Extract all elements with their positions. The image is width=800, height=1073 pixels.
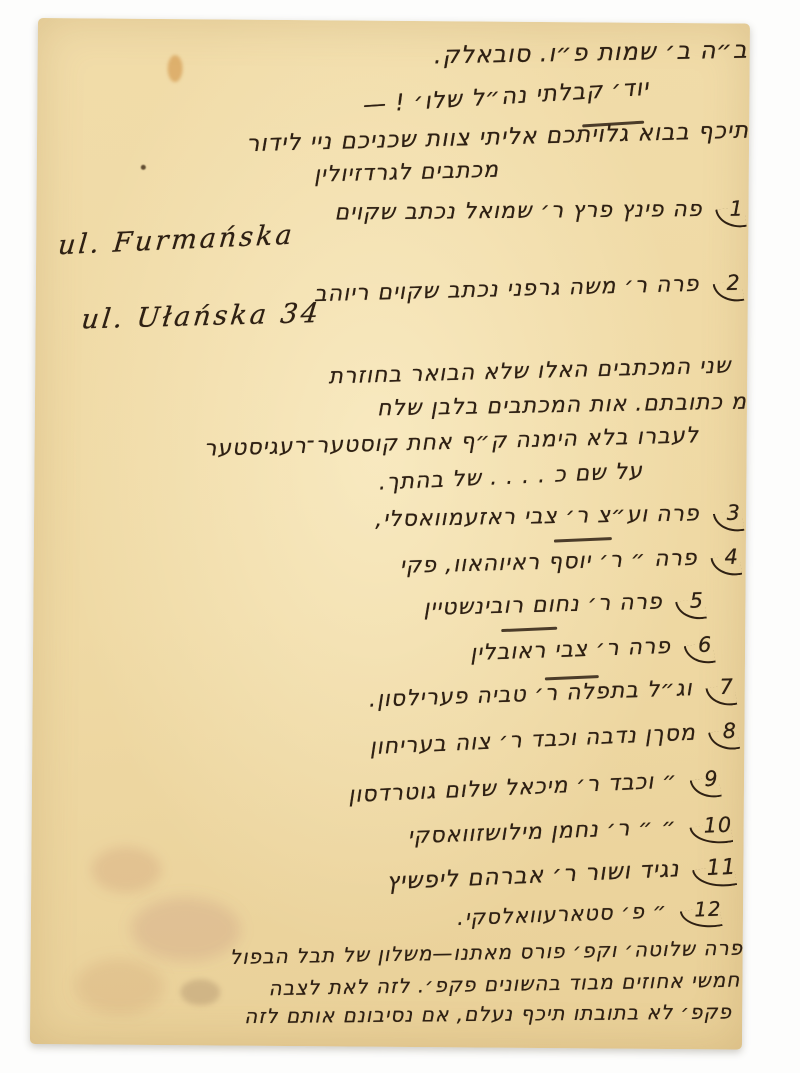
ink-marks-layer bbox=[38, 18, 750, 24]
line-opening-text: תיכף בבוא גלויתכם אליתי צוות שכניכם ניי … bbox=[246, 118, 749, 158]
item-8-text: מסךן נדבה וכבד ר׳ צוה בעריחון bbox=[369, 721, 696, 760]
heading-date-place: ב״ה ב׳ שמות פ״ו. סובאלק. bbox=[434, 36, 748, 70]
footer-line-2: חמשי אחוזים מבוד בהשונים פקפ׳. לזה לאת ל… bbox=[269, 968, 741, 1001]
item-4: 4פרה ״ ר׳ יוסף ראיוהאוו, פקי bbox=[399, 544, 742, 587]
item-3-text: פרה וע״צ ר׳ צבי ראזעמוואסלי, bbox=[375, 501, 700, 532]
item-8: 8מסךן נדבה וכבד ר׳ צוה בעריחון bbox=[369, 718, 741, 768]
handwriting-layer: ב״ה ב׳ שמות פ״ו. סובאלק.יוד׳ קבלתי נה״ל … bbox=[38, 18, 750, 24]
footer-line-1-text: פרה שלוטה׳ וקפ׳ פורס מאתנו—משלון של תבל … bbox=[229, 936, 743, 969]
item-11-text: נגיד ושור ר׳ אברהם ליפשיץ bbox=[386, 856, 680, 895]
para-line-1-text: שני המכתבים האלו שלא הבואר בחוזרת bbox=[328, 353, 732, 389]
smudge-red-2 bbox=[131, 897, 241, 962]
para-line-4: על שם כ . . . . של בהתך. bbox=[378, 459, 643, 496]
list-number-11: 11 bbox=[693, 854, 740, 891]
footer-line-1: פרה שלוטה׳ וקפ׳ פורס מאתנו—משלון של תבל … bbox=[229, 936, 743, 969]
list-number-5: 5 bbox=[677, 587, 708, 622]
paper-stains-layer bbox=[38, 18, 750, 24]
item-7: 7וג״ל בתפלה ר׳ טביה פערילסון. bbox=[368, 674, 737, 721]
list-number-1: 1 bbox=[716, 196, 747, 230]
list-number-12: 12 bbox=[681, 895, 726, 931]
para-line-4-text: על שם כ . . . . של בהתך. bbox=[378, 459, 643, 496]
para-line-3-text: לעברו בלא הימנה ק״ף אחת קוסטער־רעגיסטער bbox=[203, 423, 699, 461]
list-number-7: 7 bbox=[706, 674, 737, 709]
line-opening: תיכף בבוא גלויתכם אליתי צוות שכניכם ניי … bbox=[246, 118, 749, 158]
item-5-text: פרה ר׳ נחום רובינשטיין bbox=[423, 589, 663, 620]
scan-background: { "card": { "paper_color": "#efdaa6", "i… bbox=[0, 0, 800, 1073]
heading-date-place-text: ב״ה ב׳ שמות פ״ו. סובאלק. bbox=[434, 36, 748, 70]
line-greeting: יוד׳ קבלתי נה״ל שלו׳ ! — bbox=[363, 75, 651, 119]
postcard: ב״ה ב׳ שמות פ״ו. סובאלק.יוד׳ קבלתי נה״ל … bbox=[30, 18, 750, 1050]
item-4-text: פרה ״ ר׳ יוסף ראיוהאוו, פקי bbox=[399, 546, 697, 579]
item-1: 1פה פינץ פרץ ר׳ שמואל נכתב שקוים bbox=[334, 196, 747, 234]
item-6-text: פרה ר׳ צבי ראובלין bbox=[469, 634, 671, 666]
item-3: 3פרה וע״צ ר׳ צבי ראזעמוואסלי, bbox=[375, 500, 744, 541]
ink-dot bbox=[141, 165, 146, 170]
item-10: 10״ ״ ר׳ נחמן מילושזוואסקי bbox=[408, 812, 737, 858]
address-ulanska-text: ul. Ułańska 34 bbox=[80, 298, 323, 336]
list-number-9: 9 bbox=[691, 765, 723, 800]
line-greeting-text: יוד׳ קבלתי נה״ל שלו׳ ! — bbox=[363, 75, 651, 119]
list-number-3: 3 bbox=[714, 500, 745, 535]
para-line-2-text: מ כתובתם. אות המכתבים בלבן שלח bbox=[377, 390, 747, 422]
item-1-text: פה פינץ פרץ ר׳ שמואל נכתב שקוים bbox=[334, 197, 702, 226]
item-6: 6פרה ר׳ צבי ראובלין bbox=[469, 631, 715, 674]
list-number-8: 8 bbox=[709, 718, 741, 753]
list-number-10: 10 bbox=[690, 812, 736, 848]
item-10-text: ״ ״ ר׳ נחמן מילושזוואסקי bbox=[408, 815, 678, 850]
para-line-1: שני המכתבים האלו שלא הבואר בחוזרת bbox=[328, 353, 732, 389]
address-ulanska: ul. Ułańska 34 bbox=[80, 298, 323, 336]
item-9-text: ״ וכבד ר׳ מיכאל שלום גוטרדסון bbox=[348, 768, 678, 808]
para-line-3: לעברו בלא הימנה ק״ף אחת קוסטער־רעגיסטער bbox=[203, 423, 699, 461]
address-furmanska-text: ul. Furmańska bbox=[57, 220, 296, 262]
para-line-2: מ כתובתם. אות המכתבים בלבן שלח bbox=[377, 390, 747, 422]
smudge-red-3 bbox=[74, 958, 164, 1015]
item-2: 2פרה ר׳ משה גרפני נכתב שקוים ריוהב bbox=[314, 270, 745, 316]
item-12: 12״ פ׳ סטארעוואלסקי. bbox=[457, 895, 726, 939]
address-furmanska: ul. Furmańska bbox=[57, 220, 296, 262]
footer-line-3: פקפ׳ לא בתובתו תיכף נעלם, אם נסיבונם אות… bbox=[244, 999, 732, 1028]
underline-item3-name bbox=[554, 537, 612, 543]
line-letters: מכתבים לגרדזיולין bbox=[313, 158, 499, 188]
footer-line-3-text: פקפ׳ לא בתובתו תיכף נעלם, אם נסיבונם אות… bbox=[244, 999, 732, 1028]
item-7-text: וג״ל בתפלה ר׳ טביה פערילסון. bbox=[368, 676, 693, 713]
underline-item5-name bbox=[501, 627, 557, 632]
item-12-text: ״ פ׳ סטארעוואלסקי. bbox=[457, 898, 668, 930]
orange-stain bbox=[168, 55, 183, 82]
list-number-6: 6 bbox=[684, 631, 715, 666]
line-letters-text: מכתבים לגרדזיולין bbox=[313, 158, 499, 188]
list-number-2: 2 bbox=[713, 270, 744, 305]
item-9: 9״ וכבד ר׳ מיכאל שלום גוטרדסון bbox=[348, 765, 723, 816]
smudge-red-1 bbox=[91, 846, 161, 893]
footer-line-2-text: חמשי אחוזים מבוד בהשונים פקפ׳. לזה לאת ל… bbox=[269, 968, 741, 1001]
item-2-text: פרה ר׳ משה גרפני נכתב שקוים ריוהב bbox=[314, 272, 700, 307]
list-number-4: 4 bbox=[711, 544, 742, 579]
item-5: 5פרה ר׳ נחום רובינשטיין bbox=[423, 587, 708, 629]
smudge-specks bbox=[180, 979, 220, 1005]
